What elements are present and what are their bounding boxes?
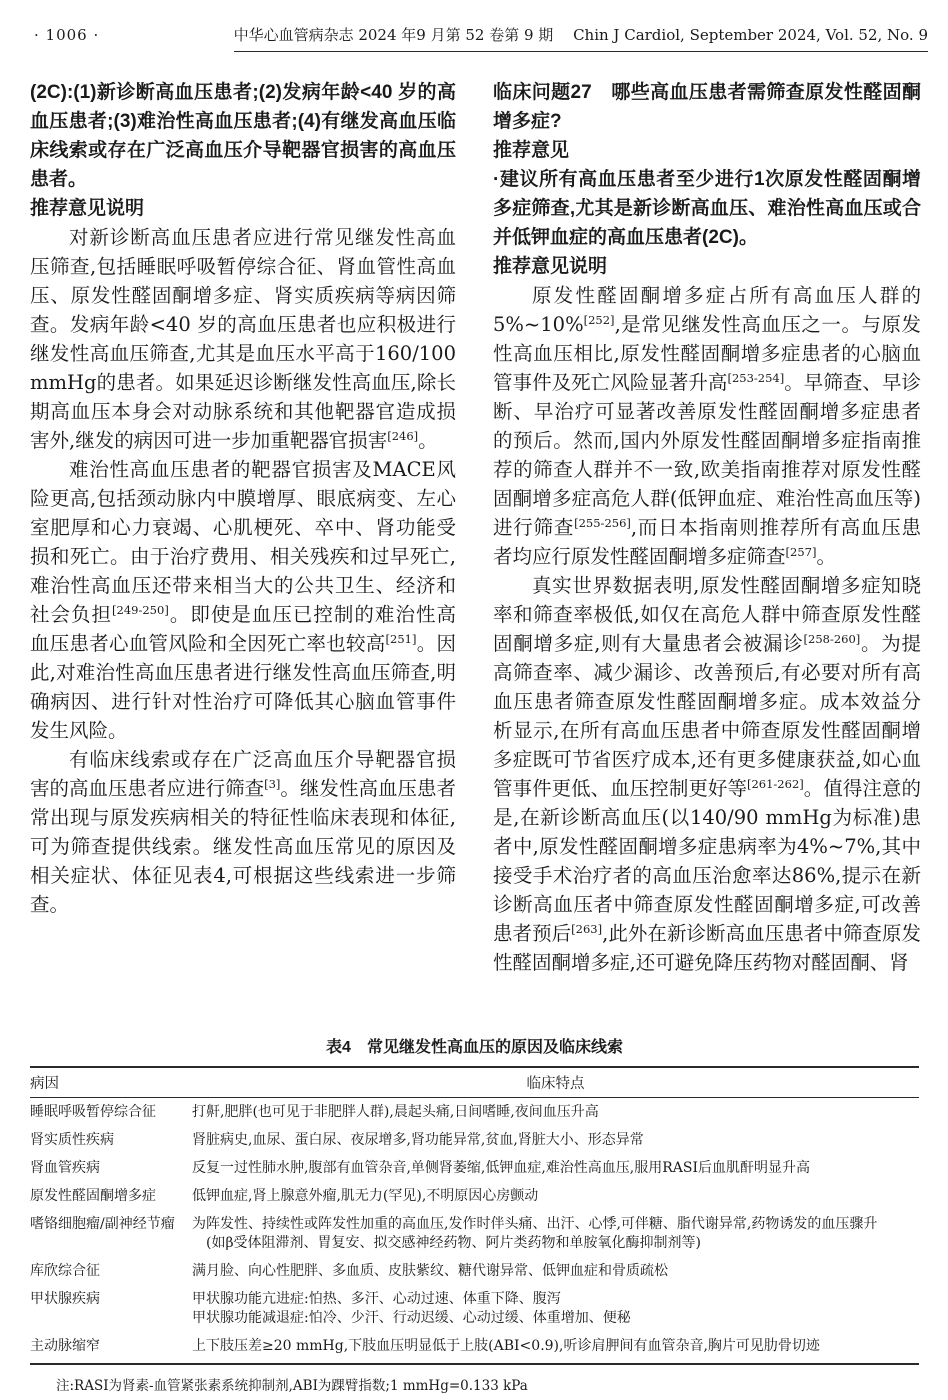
- features-cell: 上下肢压差≥20 mmHg,下肢血压明显低于上肢(ABI<0.9),听诊肩胛间有…: [192, 1332, 919, 1364]
- table4: 表4 常见继发性高血压的原因及临床线索 病因 临床特点 睡眠呼吸暂停综合征 打鼾…: [30, 1034, 919, 1394]
- section-heading-recommendation-explanation: 推荐意见说明: [493, 252, 921, 281]
- table-note: 注:RASI为肾素-血管紧张素系统抑制剂,ABI为踝臂指数;1 mmHg=0.1…: [30, 1374, 919, 1394]
- features-cell: 低钾血症,肾上腺意外瘤,肌无力(罕见),不明原因心房颤动: [192, 1182, 919, 1210]
- features-cell: 反复一过性肺水肿,腹部有血管杂音,单侧肾萎缩,低钾血症,难治性高血压,服用RAS…: [192, 1154, 919, 1182]
- table-row-sleep-apnea: 睡眠呼吸暂停综合征 打鼾,肥胖(也可见于非肥胖人群),晨起头痛,日间嗜睡,夜间血…: [30, 1098, 919, 1127]
- table-header-row: 病因 临床特点: [30, 1067, 919, 1098]
- features-line: 甲状腺功能亢进症:怕热、多汗、心动过速、体重下降、腹泻: [192, 1290, 919, 1309]
- table-row-aortic-coarctation: 主动脉缩窄 上下肢压差≥20 mmHg,下肢血压明显低于上肢(ABI<0.9),…: [30, 1332, 919, 1364]
- paragraph-screening-newly-diagnosed: 对新诊断高血压患者应进行常见继发性高血压筛查,包括睡眠呼吸暂停综合征、肾血管性高…: [30, 223, 456, 455]
- page-number: · 1006 ·: [34, 26, 99, 44]
- features-line: 为阵发性、持续性或阵发性加重的高血压,发作时伴头痛、出汗、心悸,可伴糖、脂代谢异…: [192, 1215, 919, 1234]
- features-line: 甲状腺功能减退症:怕冷、少汗、行动迟缓、心动过缓、体重增加、便秘: [192, 1309, 919, 1328]
- journal-citation: 中华心血管病杂志 2024 年9 月第 52 卷第 9 期 Chin J Car…: [234, 24, 928, 52]
- features-cell: 打鼾,肥胖(也可见于非肥胖人群),晨起头痛,日间嗜睡,夜间血压升高: [192, 1098, 919, 1127]
- section-heading-explanation: 推荐意见说明: [30, 194, 456, 223]
- features-cell: 为阵发性、持续性或阵发性加重的高血压,发作时伴头痛、出汗、心悸,可伴糖、脂代谢异…: [192, 1210, 919, 1257]
- paragraph-resistant-hypertension-risk: 难治性高血压患者的靶器官损害及MACE风险更高,包括颈动脉内中膜增厚、眼底病变、…: [30, 455, 456, 745]
- cause-cell: 嗜铬细胞瘤/副神经节瘤: [30, 1210, 192, 1257]
- cause-cell: 肾血管疾病: [30, 1154, 192, 1182]
- cause-cell: 原发性醛固酮增多症: [30, 1182, 192, 1210]
- features-cell: 甲状腺功能亢进症:怕热、多汗、心动过速、体重下降、腹泻 甲状腺功能减退症:怕冷、…: [192, 1285, 919, 1332]
- table4-grid: 病因 临床特点 睡眠呼吸暂停综合征 打鼾,肥胖(也可见于非肥胖人群),晨起头痛,…: [30, 1066, 919, 1365]
- clinical-question-27-heading: 临床问题27 哪些高血压患者需筛查原发性醛固酮增多症?: [493, 78, 921, 136]
- table4-title: 表4 常见继发性高血压的原因及临床线索: [30, 1034, 919, 1057]
- continued-recommendation-text: (2C):(1)新诊断高血压患者;(2)发病年龄<40 岁的高血压患者;(3)难…: [30, 78, 456, 194]
- features-cell: 肾脏病史,血尿、蛋白尿、夜尿增多,肾功能异常,贫血,肾脏大小、形态异常: [192, 1126, 919, 1154]
- features-cell: 满月脸、向心性肥胖、多血质、皮肤紫纹、糖代谢异常、低钾血症和骨质疏松: [192, 1257, 919, 1285]
- paragraph-primary-aldosteronism-prevalence: 原发性醛固酮增多症占所有高血压人群的5%~10%[252],是常见继发性高血压之…: [493, 281, 921, 571]
- table-row-renovascular: 肾血管疾病 反复一过性肺水肿,腹部有血管杂音,单侧肾萎缩,低钾血症,难治性高血压…: [30, 1154, 919, 1182]
- paragraph-clinical-clues: 有临床线索或存在广泛高血压介导靶器官损害的高血压患者应进行筛查[3]。继发性高血…: [30, 745, 456, 919]
- col-header-cause: 病因: [30, 1067, 192, 1098]
- right-column: 临床问题27 哪些高血压患者需筛查原发性醛固酮增多症? 推荐意见 ·建议所有高血…: [493, 78, 921, 1030]
- left-column: (2C):(1)新诊断高血压患者;(2)发病年龄<40 岁的高血压患者;(3)难…: [30, 78, 456, 1030]
- table-row-cushing: 库欣综合征 满月脸、向心性肥胖、多血质、皮肤紫纹、糖代谢异常、低钾血症和骨质疏松: [30, 1257, 919, 1285]
- recommendation-item: ·建议所有高血压患者至少进行1次原发性醛固酮增多症筛查,尤其是新诊断高血压、难治…: [493, 165, 921, 252]
- section-heading-recommendation: 推荐意见: [493, 136, 921, 165]
- cause-cell: 睡眠呼吸暂停综合征: [30, 1098, 192, 1127]
- table-row-pheochromocytoma: 嗜铬细胞瘤/副神经节瘤 为阵发性、持续性或阵发性加重的高血压,发作时伴头痛、出汗…: [30, 1210, 919, 1257]
- col-header-features: 临床特点: [192, 1067, 919, 1098]
- cause-cell: 甲状腺疾病: [30, 1285, 192, 1332]
- table-row-thyroid: 甲状腺疾病 甲状腺功能亢进症:怕热、多汗、心动过速、体重下降、腹泻 甲状腺功能减…: [30, 1285, 919, 1332]
- cause-cell: 主动脉缩窄: [30, 1332, 192, 1364]
- cause-cell: 肾实质性疾病: [30, 1126, 192, 1154]
- paragraph-real-world-screening-data: 真实世界数据表明,原发性醛固酮增多症知晓率和筛查率极低,如仅在高危人群中筛查原发…: [493, 571, 921, 977]
- cause-cell: 库欣综合征: [30, 1257, 192, 1285]
- table-row-primary-aldosteronism: 原发性醛固酮增多症 低钾血症,肾上腺意外瘤,肌无力(罕见),不明原因心房颤动: [30, 1182, 919, 1210]
- table-row-renal-parenchymal: 肾实质性疾病 肾脏病史,血尿、蛋白尿、夜尿增多,肾功能异常,贫血,肾脏大小、形态…: [30, 1126, 919, 1154]
- features-line: (如β受体阻滞剂、胃复安、拟交感神经药物、阿片类药物和单胺氧化酶抑制剂等): [192, 1234, 919, 1253]
